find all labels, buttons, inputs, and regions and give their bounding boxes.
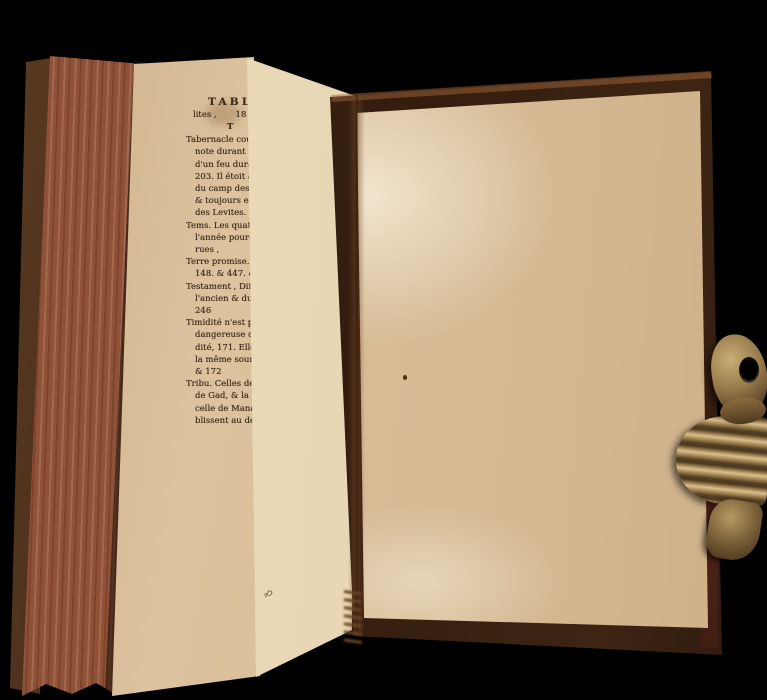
foxing-speck: [403, 375, 407, 380]
sewing-threads: [344, 588, 362, 644]
photo-antique-book: TABLElites , 18TTabernacle couvertnote d…: [0, 0, 767, 700]
gutter-shadow: [348, 94, 365, 634]
clasp-catch-hole: [739, 357, 759, 383]
